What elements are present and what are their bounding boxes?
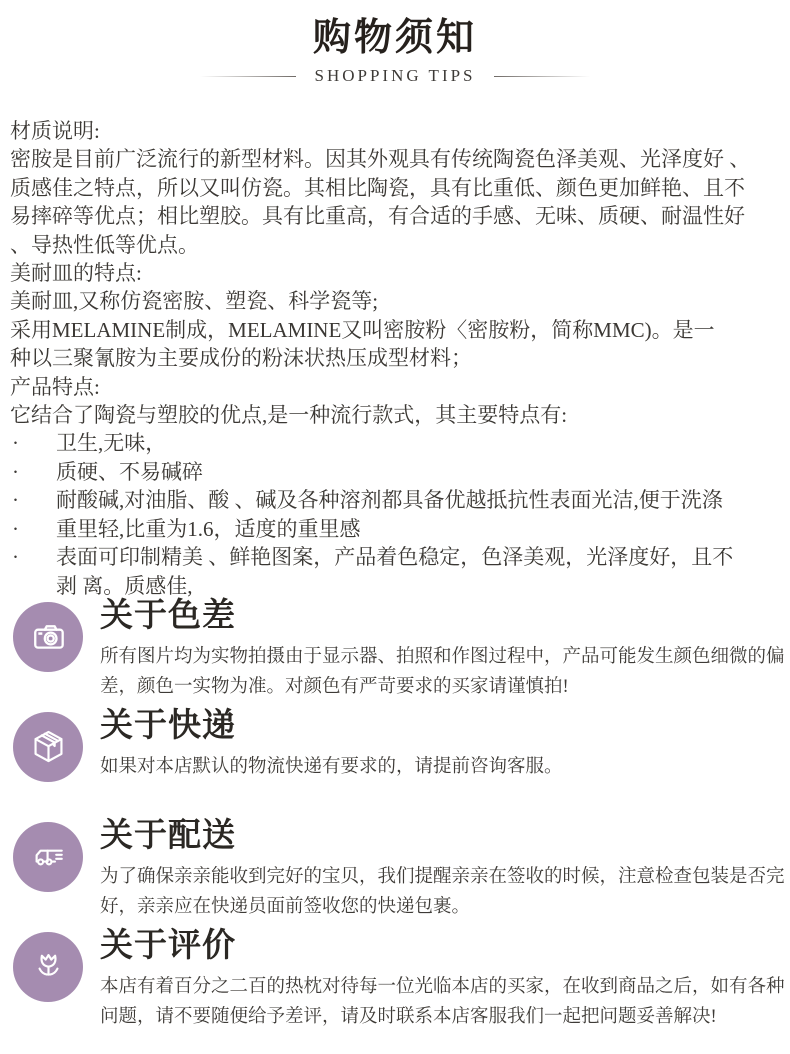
section-color-difference: 关于色差 所有图片均为实物拍摄由于显示器、拍照和作图过程中，产品可能发生颜色细微… [0, 601, 790, 711]
bullet-marker: · [10, 486, 56, 514]
bullet-marker: · [10, 458, 56, 486]
intro-line: 种以三聚氰胺为主要成份的粉沫状热压成型材料； [10, 344, 784, 372]
bullet-text: 重里轻,比重为1.6，适度的重里感 [56, 515, 361, 543]
intro-line: 、导热性低等优点。 [10, 231, 784, 259]
section-body: 所有图片均为实物拍摄由于显示器、拍照和作图过程中，产品可能发生颜色细微的偏差，颜… [100, 642, 788, 702]
feature-bullet-row: ·耐酸碱,对油脂、酸 、碱及各种溶剂都具备优越抵抗性表面光洁,便于洗涤 [10, 486, 784, 514]
bullet-continuation-line: 剥 离。质感佳, [10, 572, 784, 600]
shopping-tips-page: 购物须知 SHOPPING TIPS 材质说明:密胺是目前广泛流行的新型材料。因… [0, 16, 790, 1041]
bullet-text: 耐酸碱,对油脂、酸 、碱及各种溶剂都具备优越抵抗性表面光洁,便于洗涤 [56, 486, 723, 514]
section-title: 关于色差 [100, 598, 788, 635]
divider-right [494, 76, 590, 77]
section-text: 关于色差 所有图片均为实物拍摄由于显示器、拍照和作图过程中，产品可能发生颜色细微… [100, 601, 788, 711]
section-text: 关于快递 如果对本店默认的物流快递有要求的，请提前咨询客服。 [100, 711, 788, 821]
camera-icon [13, 602, 83, 672]
delivery-truck-icon [13, 822, 83, 892]
divider-left [200, 76, 296, 77]
section-body: 本店有着百分之二百的热枕对待每一位光临本店的买家，在收到商品之后，如有各种问题，… [100, 972, 788, 1032]
intro-line: 易摔碎等优点；相比塑胶。具有比重高，有合适的手感、无味、质硬、耐温性好 [10, 202, 784, 230]
intro-line: 材质说明: [10, 117, 784, 145]
section-title: 关于配送 [100, 818, 788, 855]
section-reviews: 关于评价 本店有着百分之二百的热枕对待每一位光临本店的买家，在收到商品之后，如有… [0, 931, 790, 1041]
intro-line: 美耐皿的特点: [10, 259, 784, 287]
bullet-text: 卫生,无味， [56, 429, 166, 457]
intro-line: 美耐皿,又称仿瓷密胺、塑瓷、科学瓷等; [10, 287, 784, 315]
section-title: 关于评价 [100, 928, 788, 965]
section-title: 关于快递 [100, 708, 788, 745]
page-subtitle: SHOPPING TIPS [314, 66, 475, 86]
feature-bullet-row: ·卫生,无味， [10, 429, 784, 457]
intro-line: 产品特点: [10, 373, 784, 401]
page-title: 购物须知 [0, 16, 790, 60]
section-body: 如果对本店默认的物流快递有要求的，请提前咨询客服。 [100, 752, 788, 782]
notice-sections: 关于色差 所有图片均为实物拍摄由于显示器、拍照和作图过程中，产品可能发生颜色细微… [0, 601, 790, 1041]
package-box-icon [13, 712, 83, 782]
section-body: 为了确保亲亲能收到完好的宝贝，我们提醒亲亲在签收的时候，注意检查包装是否完好，亲… [100, 862, 788, 922]
tulip-flower-icon [13, 932, 83, 1002]
feature-bullet-row: ·质硬、不易碱碎 [10, 458, 784, 486]
section-express: 关于快递 如果对本店默认的物流快递有要求的，请提前咨询客服。 [0, 711, 790, 821]
bullet-marker: · [10, 515, 56, 543]
subtitle-row: SHOPPING TIPS [0, 66, 790, 86]
intro-line: 密胺是目前广泛流行的新型材料。因其外观具有传统陶瓷色泽美观、光泽度好 、 [10, 145, 784, 173]
bullet-marker: · [10, 429, 56, 457]
intro-line: 质感佳之特点，所以又叫仿瓷。其相比陶瓷，具有比重低、颜色更加鲜艳、且不 [10, 174, 784, 202]
section-delivery: 关于配送 为了确保亲亲能收到完好的宝贝，我们提醒亲亲在签收的时候，注意检查包装是… [0, 821, 790, 931]
bullet-text: 表面可印制精美 、鲜艳图案，产品着色稳定，色泽美观，光泽度好，且不 [56, 543, 733, 571]
intro-line: 采用MELAMINE制成，MELAMINE又叫密胺粉〈密胺粉，简称MMC)。是一 [10, 316, 784, 344]
material-description-block: 材质说明:密胺是目前广泛流行的新型材料。因其外观具有传统陶瓷色泽美观、光泽度好 … [10, 117, 784, 600]
page-header: 购物须知 SHOPPING TIPS [0, 16, 790, 86]
feature-bullet-row: ·重里轻,比重为1.6，适度的重里感 [10, 515, 784, 543]
bullet-text: 质硬、不易碱碎 [56, 458, 203, 486]
section-text: 关于评价 本店有着百分之二百的热枕对待每一位光临本店的买家，在收到商品之后，如有… [100, 931, 788, 1041]
bullet-marker: · [10, 543, 56, 571]
intro-line: 它结合了陶瓷与塑胶的优点,是一种流行款式，其主要特点有: [10, 401, 784, 429]
section-text: 关于配送 为了确保亲亲能收到完好的宝贝，我们提醒亲亲在签收的时候，注意检查包装是… [100, 821, 788, 931]
feature-bullet-row: ·表面可印制精美 、鲜艳图案，产品着色稳定，色泽美观，光泽度好，且不 [10, 543, 784, 571]
